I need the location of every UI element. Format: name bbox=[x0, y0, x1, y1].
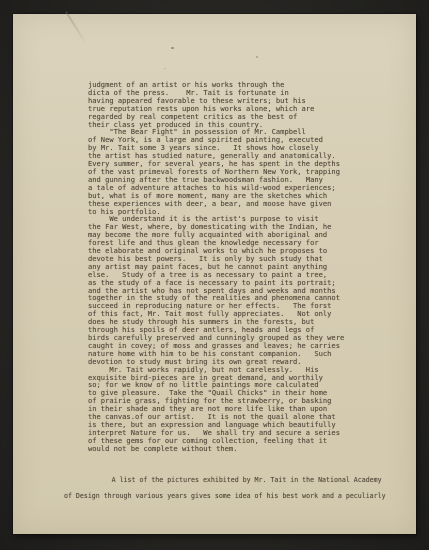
paper-speck bbox=[256, 56, 258, 58]
manuscript-page: judgment of an artist or his works throu… bbox=[13, 14, 416, 534]
typed-line: would not be complete without them. bbox=[88, 445, 344, 453]
typed-text-footer: A list of the pictures exhibited by Mr. … bbox=[64, 473, 386, 504]
typed-line: A list of the pictures exhibited by Mr. … bbox=[64, 473, 386, 489]
paper-speck bbox=[171, 47, 174, 49]
typed-text-body: judgment of an artist or his works throu… bbox=[88, 81, 344, 453]
paper-crease bbox=[65, 11, 88, 46]
page-background: judgment of an artist or his works throu… bbox=[0, 0, 429, 550]
paper-speck bbox=[164, 68, 166, 69]
typed-line: of Design through various years gives so… bbox=[64, 489, 386, 505]
